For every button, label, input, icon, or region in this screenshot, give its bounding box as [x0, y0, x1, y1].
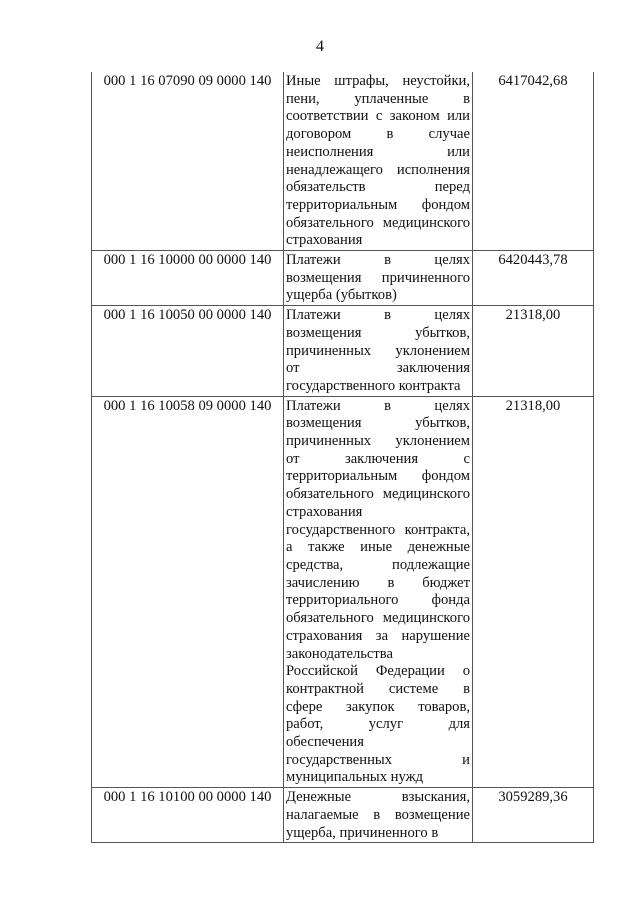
- description-line: территориального фонда: [286, 592, 470, 610]
- description-line: муниципальных нужд: [286, 769, 470, 787]
- description-line: а также иные денежные: [286, 539, 470, 557]
- description-line: причиненных уклонением: [286, 433, 470, 451]
- description-line: причиненных уклонением: [286, 343, 470, 361]
- description-line: от заключения с: [286, 451, 470, 469]
- description-cell: Иные штрафы, неустойки,пени, уплаченные …: [284, 72, 473, 251]
- description-line: обязательств перед: [286, 179, 470, 197]
- description-line: государственного контракта: [286, 378, 470, 396]
- description-line: территориальным фондом: [286, 197, 470, 215]
- description-line: сфере закупок товаров,: [286, 699, 470, 717]
- amount-cell: 21318,00: [473, 306, 594, 397]
- description-cell: Платежи в целяхвозмещения убытков,причин…: [284, 306, 473, 397]
- description-line: возмещения причиненного: [286, 270, 470, 288]
- budget-revenue-table: 000 1 16 07090 09 0000 140Иные штрафы, н…: [91, 72, 594, 843]
- page-number: 4: [0, 38, 640, 56]
- description-line: соответствии с законом или: [286, 108, 470, 126]
- description-line: средства, подлежащие: [286, 557, 470, 575]
- description-cell: Платежи в целяхвозмещения причиненногоущ…: [284, 251, 473, 306]
- description-line: Российской Федерации о: [286, 663, 470, 681]
- description-line: ущерба, причиненного в: [286, 825, 470, 843]
- description-line: Платежи в целях: [286, 252, 470, 270]
- description-line: Денежные взыскания,: [286, 789, 470, 807]
- description-line: территориальным фондом: [286, 468, 470, 486]
- description-line: зачислению в бюджет: [286, 575, 470, 593]
- table-row: 000 1 16 10000 00 0000 140Платежи в целя…: [92, 251, 594, 306]
- table-row: 000 1 16 10100 00 0000 140Денежные взыск…: [92, 788, 594, 843]
- description-line: государственных и: [286, 752, 470, 770]
- budget-code-cell: 000 1 16 10100 00 0000 140: [92, 788, 284, 843]
- description-line: обеспечения: [286, 734, 470, 752]
- amount-cell: 6420443,78: [473, 251, 594, 306]
- amount-cell: 21318,00: [473, 396, 594, 787]
- description-line: возмещения убытков,: [286, 415, 470, 433]
- amount-cell: 6417042,68: [473, 72, 594, 251]
- description-line: обязательного медицинского: [286, 610, 470, 628]
- table-row: 000 1 16 07090 09 0000 140Иные штрафы, н…: [92, 72, 594, 251]
- description-cell: Денежные взыскания,налагаемые в возмещен…: [284, 788, 473, 843]
- description-line: Иные штрафы, неустойки,: [286, 73, 470, 91]
- budget-code-cell: 000 1 16 10050 00 0000 140: [92, 306, 284, 397]
- description-line: ущерба (убытков): [286, 287, 470, 305]
- description-line: ненадлежащего исполнения: [286, 162, 470, 180]
- amount-cell: 3059289,36: [473, 788, 594, 843]
- description-line: государственного контракта,: [286, 522, 470, 540]
- description-line: Платежи в целях: [286, 307, 470, 325]
- description-line: возмещения убытков,: [286, 325, 470, 343]
- description-line: обязательного медицинского: [286, 486, 470, 504]
- table-row: 000 1 16 10058 09 0000 140Платежи в целя…: [92, 396, 594, 787]
- description-line: контрактной системе в: [286, 681, 470, 699]
- budget-code-cell: 000 1 16 10058 09 0000 140: [92, 396, 284, 787]
- budget-code-cell: 000 1 16 10000 00 0000 140: [92, 251, 284, 306]
- description-line: страхования: [286, 504, 470, 522]
- description-line: Платежи в целях: [286, 398, 470, 416]
- description-cell: Платежи в целяхвозмещения убытков,причин…: [284, 396, 473, 787]
- description-line: договором в случае: [286, 126, 470, 144]
- table-row: 000 1 16 10050 00 0000 140Платежи в целя…: [92, 306, 594, 397]
- description-line: страхования за нарушение: [286, 628, 470, 646]
- description-line: пени, уплаченные в: [286, 91, 470, 109]
- description-line: налагаемые в возмещение: [286, 807, 470, 825]
- budget-code-cell: 000 1 16 07090 09 0000 140: [92, 72, 284, 251]
- description-line: страхования: [286, 232, 470, 250]
- description-line: законодательства: [286, 646, 470, 664]
- description-line: от заключения: [286, 360, 470, 378]
- description-line: обязательного медицинского: [286, 215, 470, 233]
- description-line: работ, услуг для: [286, 716, 470, 734]
- description-line: неисполнения или: [286, 144, 470, 162]
